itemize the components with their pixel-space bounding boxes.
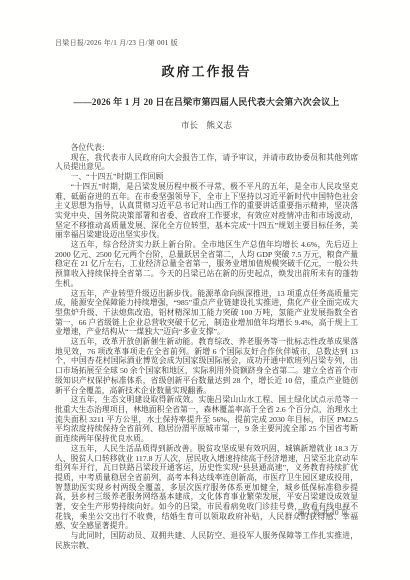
paragraph: 这五年，改革开放创新催生新动能。教育综改、养老服务等一批标志性改革成果落地见效，…: [55, 337, 358, 395]
page-number: 第 1 页 共 10 页: [297, 507, 348, 518]
document-title: 政府工作报告: [55, 61, 358, 80]
newspaper-meta: 吕梁日报/2026 年/1 月/23 日/第 001 版: [55, 38, 358, 48]
section-heading: 一、“十四五”时期工作回顾: [55, 172, 358, 182]
paragraph: 这五年，产业转型升级迈出新步伐。能源革命向纵深推进，13 项重点任务高质量完成，…: [55, 289, 358, 338]
author-line: 市长 熊义志: [55, 119, 358, 131]
document-page: 吕梁日报/2026 年/1 月/23 日/第 001 版 政府工作报告 ——20…: [0, 0, 410, 580]
paragraph: “十四五”时期，是吕梁发展历程中极不寻常、极不平凡的五年，是全市人民攻坚克难、砥…: [55, 182, 358, 240]
paragraph: 现在，我代表市人民政府向大会报告工作，请予审议，并请市政协委员和其他列席人员提出…: [55, 153, 358, 172]
paragraph: 这五年，生态文明建设取得新成效。实施吕梁山山水工程、国土绿化试点示范等一批重大生…: [55, 395, 358, 444]
paragraph: 这五年，人民生活品质得到新改善。脱贫攻坚成果有效巩固，城镇新增就业 18.3 万…: [55, 444, 358, 531]
paragraph: 与此同时，国防动员、双拥共建、人民防空、退役军人服务保障等工作扎实推进，民族宗教…: [55, 531, 358, 550]
document-body: 各位代表： 现在，我代表市人民政府向大会报告工作，请予审议，并请市政协委员和其他…: [55, 143, 358, 551]
paragraph: 这五年，综合经济实力跃上新台阶。全市地区生产总值年均增长 4.6%，先后迈上 2…: [55, 240, 358, 289]
salutation: 各位代表：: [55, 143, 358, 153]
document-subtitle: ——2026 年 1 月 20 日在吕梁市第四届人民代表大会第六次会议上: [55, 95, 358, 108]
